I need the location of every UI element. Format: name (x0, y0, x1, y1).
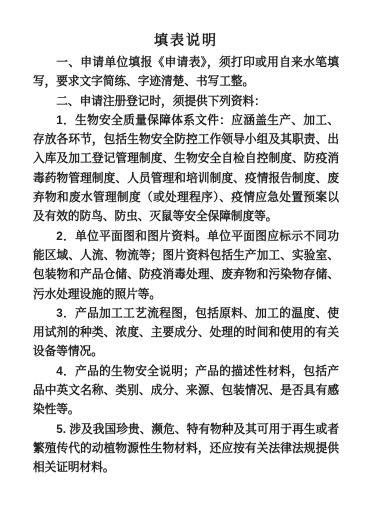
document-page: 填表说明 一、申请单位填报《申请表》，须打印或用自来水笔填写，要求文字简练、字迹… (33, 30, 339, 478)
paragraph-instruction-2: 二、申请注册登记时，须提供下列资料： (33, 92, 339, 111)
paragraph-item-4: 4．产品的生物安全说明；产品的描述性材料，包括产品中英文名称、类别、成分、来源、… (33, 362, 339, 420)
paragraph-item-3: 3．产品加工工艺流程图，包括原料、加工的温度、使用试剂的种类、浓度、主要成分、处… (33, 304, 339, 362)
document-title: 填表说明 (33, 30, 339, 50)
paragraph-item-2: 2．单位平面图和图片资料。单位平面图应标示不同功能区域、人流、物流等；图片资料包… (33, 227, 339, 304)
paragraph-item-5: 5. 涉及我国珍贵、濒危、特有物种及其可用于再生或者繁殖传代的动植物源性生物材料… (33, 420, 339, 478)
paragraph-instruction-1: 一、申请单位填报《申请表》，须打印或用自来水笔填写，要求文字简练、字迹清楚、书写… (33, 53, 339, 92)
document-viewport: { "document": { "title": "填表说明", "paragr… (0, 0, 368, 517)
paragraph-item-1: 1．生物安全质量保障体系文件：应涵盖生产、加工、存放各环节，包括生物安全防控工作… (33, 111, 339, 227)
